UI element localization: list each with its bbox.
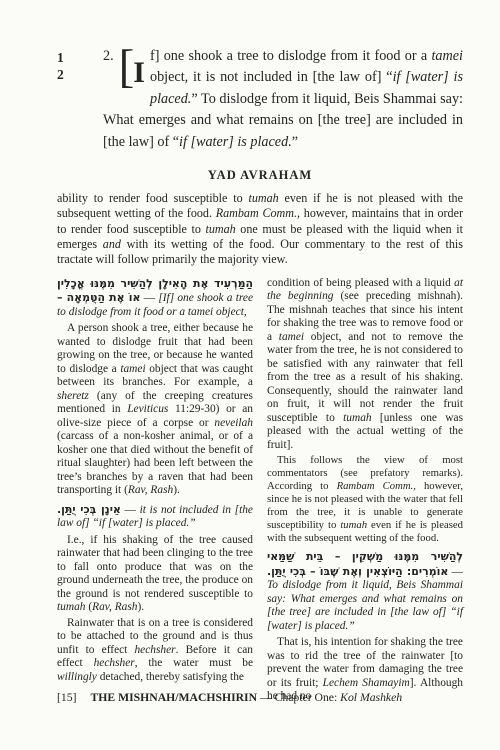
lemma-paragraph: הַמַּרְעִיד אֶת הָאִילָן לְהַשִּׁיר מִמֶ…: [57, 277, 253, 320]
lemma-paragraph: אֵינָן בְּכִי יֻתַּן. — it is not includ…: [57, 503, 253, 531]
intro-paragraph: ability to render food susceptible to tu…: [57, 191, 463, 267]
mishnah-paragraph: 2. [If] one shook a tree to dislodge fro…: [103, 46, 463, 153]
mishnah-section: 1 2 2. [If] one shook a tree to dislodge…: [57, 46, 463, 153]
margin-numbers: 1 2: [57, 46, 103, 153]
commentary-paragraph: I.e., if his shaking of the tree caused …: [57, 534, 253, 615]
book-page: 1 2 2. [If] one shook a tree to dislodge…: [0, 0, 500, 750]
commentary-note-paragraph: This follows the view of most commentato…: [267, 454, 463, 545]
page-number: [15]: [57, 691, 76, 704]
mishnah-number-label: 2.: [103, 46, 114, 67]
right-column: condition of being pleased with a liquid…: [267, 277, 463, 706]
commentary-paragraph: A person shook a tree, either because he…: [57, 322, 253, 498]
commentary-columns: הַמַּרְעִיד אֶת הָאִילָן לְהַשִּׁיר מִמֶ…: [57, 277, 463, 706]
footer-chapter-name: Kol Mashkeh: [340, 691, 402, 704]
commentary-paragraph: Rainwater that is on a tree is considere…: [57, 617, 253, 685]
lemma-paragraph: לְהַשִּׁיר מִמֶּנּוּ מַשְׁקִין – בֵּית ש…: [267, 550, 463, 633]
footer-book-title: THE MISHNAH/MACHSHIRIN: [90, 691, 257, 704]
yad-avraham-header: YAD AVRAHAM: [57, 168, 463, 183]
page-content: 1 2 2. [If] one shook a tree to dislodge…: [57, 46, 463, 706]
footer-chapter-label: Chapter One:: [275, 691, 338, 704]
footer-separator: —: [260, 691, 272, 704]
margin-chapter-number: 1: [57, 49, 103, 66]
mishnah-opening-text: f] one shook a tree to dislodge from it …: [103, 48, 463, 150]
drop-cap-letter: I: [133, 56, 145, 89]
left-column: הַמַּרְעִיד אֶת הָאִילָן לְהַשִּׁיר מִמֶ…: [57, 277, 253, 706]
commentary-paragraph: condition of being pleased with a liquid…: [267, 277, 463, 453]
drop-cap: [I: [119, 47, 145, 89]
drop-cap-bracket: [: [119, 41, 133, 93]
margin-mishnah-number: 2: [57, 66, 103, 83]
page-footer: [15]THE MISHNAH/MACHSHIRIN — Chapter One…: [57, 691, 402, 704]
